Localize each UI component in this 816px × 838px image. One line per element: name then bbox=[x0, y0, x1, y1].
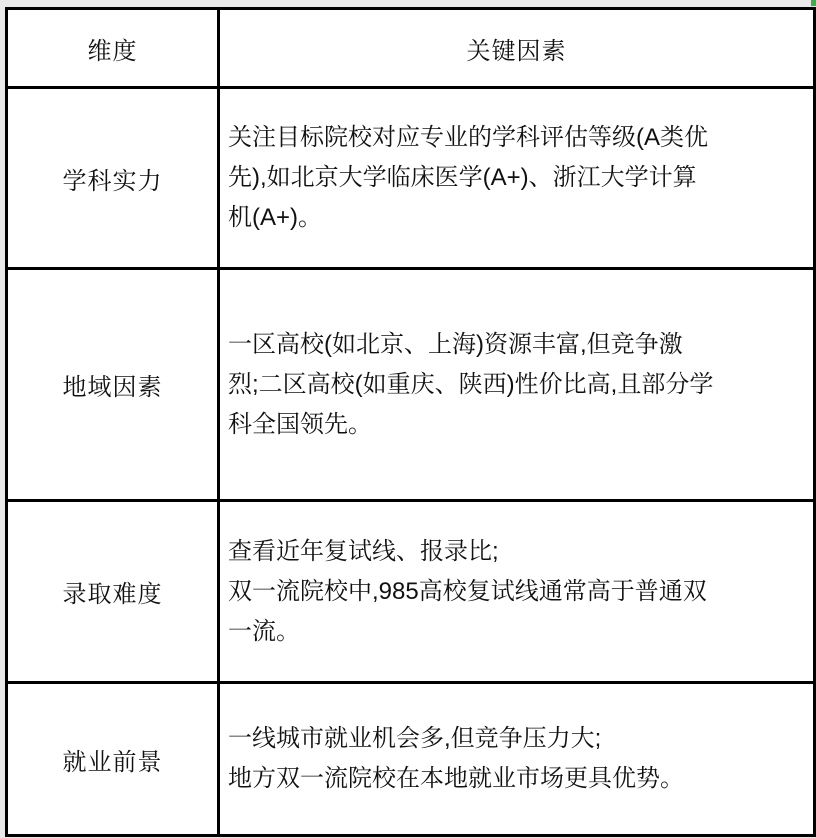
dimension-cell: 地域因素 bbox=[8, 270, 220, 502]
dimension-cell: 录取难度 bbox=[8, 502, 220, 684]
header-dimension: 维度 bbox=[8, 10, 220, 89]
corner-artifact bbox=[811, 0, 816, 6]
factor-cell: 关注目标院校对应专业的学科评估等级(A类优 先),如北京大学临床医学(A+)、浙… bbox=[220, 89, 813, 270]
dimension-cell: 就业前景 bbox=[8, 684, 220, 834]
comparison-table: 维度 关键因素 学科实力关注目标院校对应专业的学科评估等级(A类优 先),如北京… bbox=[5, 7, 816, 837]
header-key-factors: 关键因素 bbox=[220, 10, 813, 89]
factor-cell: 一线城市就业机会多,但竞争压力大; 地方双一流院校在本地就业市场更具优势。 bbox=[220, 684, 813, 834]
dimension-cell: 学科实力 bbox=[8, 89, 220, 270]
factor-cell: 查看近年复试线、报录比; 双一流院校中,985高校复试线通常高于普通双 一流。 bbox=[220, 502, 813, 684]
factor-cell: 一区高校(如北京、上海)资源丰富,但竞争激 烈;二区高校(如重庆、陕西)性价比高… bbox=[220, 270, 813, 502]
